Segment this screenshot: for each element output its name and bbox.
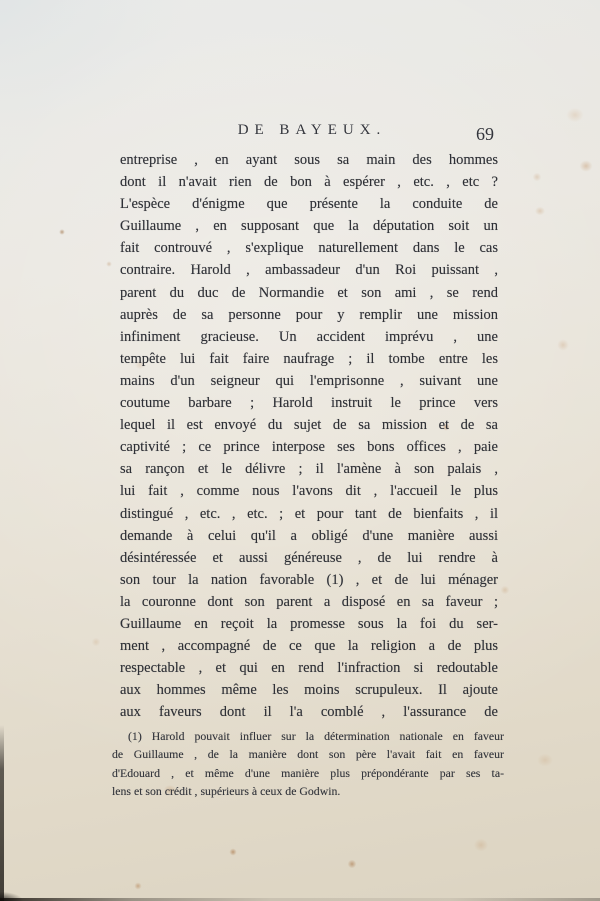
text-line: tempête lui fait faire naufrage ; il tom… — [120, 348, 498, 370]
text-line: auprès de sa personne pour y remplir une… — [120, 304, 498, 326]
text-line: L'espèce d'énigme que présente la condui… — [120, 193, 498, 215]
footnote: (1) Harold pouvait influer sur la déterm… — [112, 727, 504, 801]
body-text: entreprise , en ayant sous sa main des h… — [120, 149, 498, 723]
running-header: DE BAYEUX. — [120, 122, 498, 139]
text-line: sa rançon et le délivre ; il l'amène à s… — [120, 458, 498, 480]
text-line: ment , accompagné de ce que la religion … — [120, 635, 498, 657]
text-line: aux hommes même les moins scrupuleux. Il… — [120, 679, 498, 701]
text-line: Guillaume en reçoit la promesse sous la … — [120, 613, 498, 635]
text-line: mains d'un seigneur qui l'emprisonne , s… — [120, 370, 498, 392]
paper-page: DE BAYEUX. 69 entreprise , en ayant sous… — [0, 0, 600, 901]
text-line: infiniment gracieuse. Un accident imprév… — [120, 326, 498, 348]
text-line: entreprise , en ayant sous sa main des h… — [120, 149, 498, 171]
footnote-line: d'Edouard , et même d'une manière plus p… — [112, 764, 504, 782]
page-header: DE BAYEUX. 69 — [120, 122, 498, 148]
text-line: désintéressée et aussi généreuse , de lu… — [120, 547, 498, 569]
text-line: respectable , et qui en rend l'infractio… — [120, 657, 498, 679]
text-line: dont il n'avait rien de bon à espérer , … — [120, 171, 498, 193]
text-line: captivité ; ce prince interpose ses bons… — [120, 436, 498, 458]
footnote-line: de Guillaume , de la manière dont son pè… — [112, 745, 504, 763]
text-line: demande à celui qu'il a obligé d'une man… — [120, 525, 498, 547]
footnote-line: lens et son crédit , supérieurs à ceux d… — [112, 782, 504, 800]
text-line: contraire. Harold , ambassadeur d'un Roi… — [120, 259, 498, 281]
page-edge-shadow-left — [0, 725, 4, 901]
text-line: parent du duc de Normandie et son ami , … — [120, 282, 498, 304]
page-number: 69 — [476, 124, 494, 145]
text-line: son tour la nation favorable (1) , et de… — [120, 569, 498, 591]
text-line: distingué , etc. , etc. ; et pour tant d… — [120, 503, 498, 525]
book-page-photo: DE BAYEUX. 69 entreprise , en ayant sous… — [0, 0, 600, 901]
page-corner-shadow — [0, 889, 30, 901]
text-line: lequel il est envoyé du sujet de sa miss… — [120, 414, 498, 436]
text-line: lui fait , comme nous l'avons dit , l'ac… — [120, 480, 498, 502]
text-line: coutume barbare ; Harold instruit le pri… — [120, 392, 498, 414]
text-line: aux faveurs dont il l'a comblé , l'assur… — [120, 701, 498, 723]
text-line: la couronne dont son parent a disposé en… — [120, 591, 498, 613]
text-line: Guillaume , en supposant que la députati… — [120, 215, 498, 237]
footnote-line: (1) Harold pouvait influer sur la déterm… — [112, 727, 504, 745]
text-line: fait controuvé , s'explique naturellemen… — [120, 237, 498, 259]
